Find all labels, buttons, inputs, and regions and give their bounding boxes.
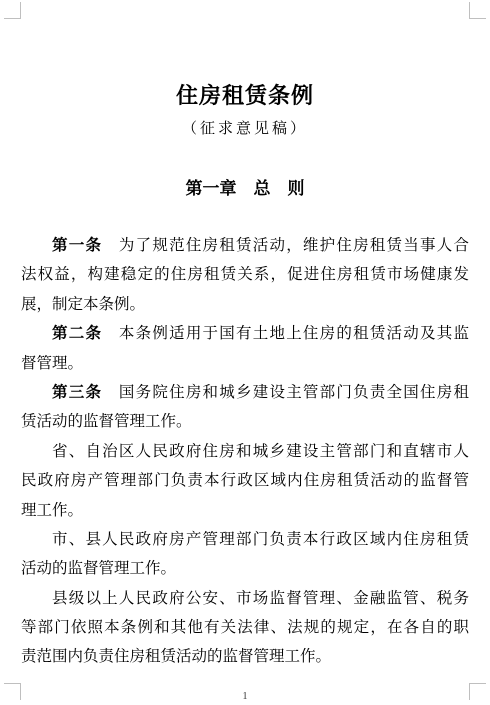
body-line-text: 县级以上人民政府公安、市场监督管理、金融监管、税务	[52, 590, 469, 607]
body-line: 第一条 为了规范住房租赁活动，维护住房租赁当事人合	[21, 231, 469, 260]
body-line-text: 法权益，构建稳定的住房租赁关系，促进住房租赁市场健康发	[21, 266, 469, 283]
body-line: 县级以上人民政府公安、市场监督管理、金融监管、税务	[21, 584, 469, 613]
body-line-text: 理工作。	[21, 502, 83, 519]
body-line-text: 为了规范住房租赁活动，维护住房租赁当事人合	[102, 237, 469, 254]
body-line: 活动的监督管理工作。	[21, 554, 469, 583]
page-content: 住房租赁条例 （征求意见稿） 第一章 总 则 第一条 为了规范住房租赁活动，维护…	[21, 19, 469, 672]
body-line-text: 本条例适用于国有土地上住房的租赁活动及其监	[102, 325, 469, 342]
body-line: 督管理。	[21, 349, 469, 378]
body-line: 第二条 本条例适用于国有土地上住房的租赁活动及其监	[21, 319, 469, 348]
article-number: 第二条	[52, 325, 102, 342]
body-line: 展，制定本条例。	[21, 290, 469, 319]
crop-mark-top-left-icon	[4, 2, 21, 19]
crop-mark-top-right-icon	[469, 2, 486, 19]
body-line-text: 活动的监督管理工作。	[21, 560, 176, 577]
document-subtitle: （征求意见稿）	[21, 119, 469, 140]
document-page: 住房租赁条例 （征求意见稿） 第一章 总 则 第一条 为了规范住房租赁活动，维护…	[0, 0, 490, 705]
body-line-text: 市、县人民政府房产管理部门负责本行政区域内住房租赁	[52, 531, 469, 548]
body-line-text: 等部门依照本条例和其他有关法律、法规的规定，在各自的职	[21, 619, 469, 636]
body-line-text: 省、自治区人民政府住房和城乡建设主管部门和直辖市人	[52, 443, 469, 460]
document-title: 住房租赁条例	[21, 81, 469, 111]
article-number: 第一条	[52, 237, 102, 254]
body-line: 法权益，构建稳定的住房租赁关系，促进住房租赁市场健康发	[21, 260, 469, 289]
body-line-text: 民政府房产管理部门负责本行政区域内住房租赁活动的监督管	[21, 472, 469, 489]
article-number: 第三条	[52, 384, 102, 401]
body-line: 民政府房产管理部门负责本行政区域内住房租赁活动的监督管	[21, 466, 469, 495]
body-line-text: 赁活动的监督管理工作。	[21, 413, 192, 430]
document-body: 第一条 为了规范住房租赁活动，维护住房租赁当事人合 法权益，构建稳定的住房租赁关…	[21, 231, 469, 672]
body-line: 责范围内负责住房租赁活动的监督管理工作。	[21, 642, 469, 671]
body-line: 第三条 国务院住房和城乡建设主管部门负责全国住房租	[21, 378, 469, 407]
body-line: 赁活动的监督管理工作。	[21, 407, 469, 436]
chapter-heading: 第一章 总 则	[21, 178, 469, 199]
body-line-text: 国务院住房和城乡建设主管部门负责全国住房租	[102, 384, 469, 401]
page-number: 1	[0, 691, 490, 703]
body-line-text: 展，制定本条例。	[21, 296, 145, 313]
body-line-text: 督管理。	[21, 355, 83, 372]
body-line: 市、县人民政府房产管理部门负责本行政区域内住房租赁	[21, 525, 469, 554]
body-line: 等部门依照本条例和其他有关法律、法规的规定，在各自的职	[21, 613, 469, 642]
body-line-text: 责范围内负责住房租赁活动的监督管理工作。	[21, 648, 331, 665]
body-line: 省、自治区人民政府住房和城乡建设主管部门和直辖市人	[21, 437, 469, 466]
body-line: 理工作。	[21, 496, 469, 525]
